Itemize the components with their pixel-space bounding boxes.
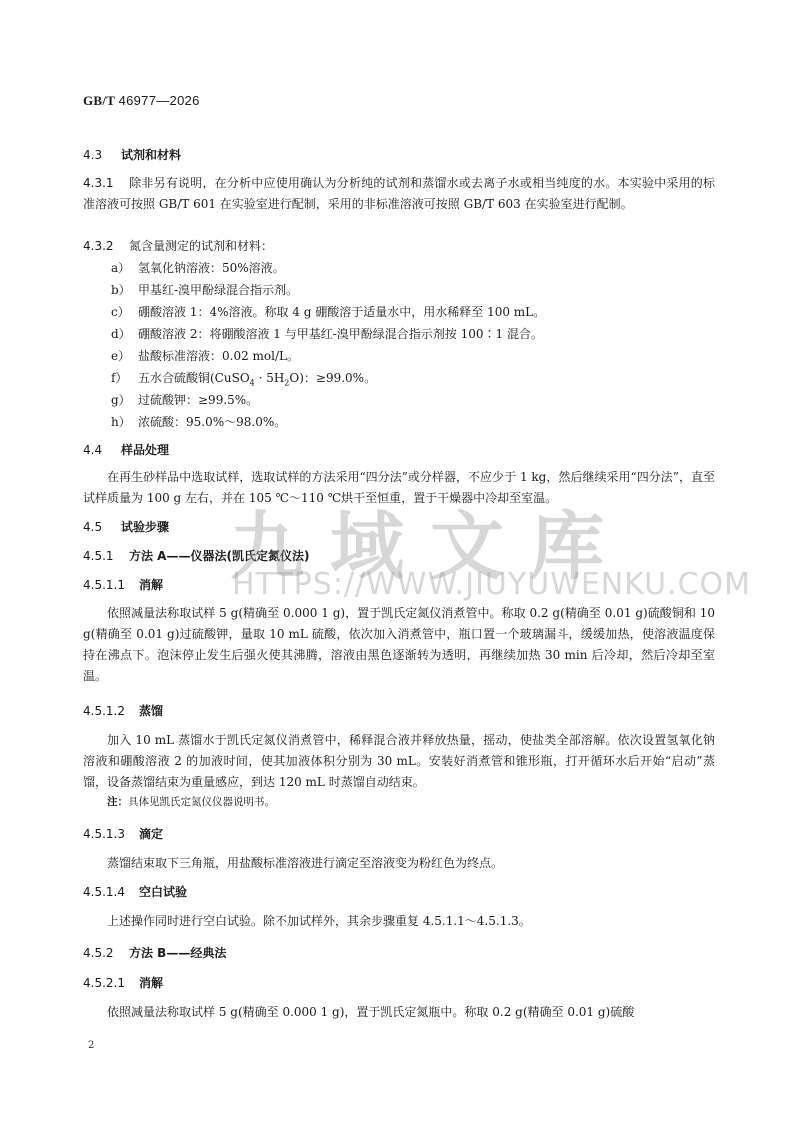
heading-4-5-1-1: 4.5.1.1消解 bbox=[83, 576, 163, 593]
list-item-d: d）硼酸溶液 2：将硼酸溶液 1 与甲基红-溴甲酚绿混合指示剂按 100∶1 混… bbox=[111, 325, 543, 343]
heading-4-3: 4.3试剂和材料 bbox=[83, 146, 181, 163]
list-item-b: b）甲基红-溴甲酚绿混合指示剂。 bbox=[111, 281, 298, 299]
heading-4-5: 4.5试验步骤 bbox=[83, 518, 169, 535]
list-item-g: g）过硫酸钾：≥99.5%。 bbox=[111, 391, 258, 409]
paragraph-4-3-1: 4.3.1除非另有说明，在分析中应使用确认为分析纯的试剂和蒸馏水或去离子水或相当… bbox=[83, 173, 715, 215]
watermark-url: HTTPS://WWW.JIUYUWENKU.COM bbox=[232, 567, 751, 602]
list-item-a: a）氢氧化钠溶液：50%溶液。 bbox=[111, 259, 285, 277]
paragraph-4-5-2-1: 依照减量法称取试样 5 g(精确至 0.000 1 g)，置于凯氏定氮瓶中。称取… bbox=[83, 1002, 715, 1023]
paragraph-4-5-1-2: 加入 10 mL 蒸馏水于凯氏定氮仪消煮管中，稀释混合液并释放热量，摇动，使盐类… bbox=[83, 730, 715, 793]
standard-number: GB/T 46977—2026 bbox=[83, 93, 200, 109]
paragraph-4-5-1-4: 上述操作同时进行空白试验。除不加试样外，其余步骤重复 4.5.1.1～4.5.1… bbox=[83, 911, 715, 932]
heading-4-5-2: 4.5.2方法 B——经典法 bbox=[83, 944, 226, 961]
page-number: 2 bbox=[88, 1040, 94, 1051]
heading-4-5-2-1: 4.5.2.1消解 bbox=[83, 974, 163, 991]
note: 注：具体见凯氏定氮仪仪器说明书。 bbox=[107, 794, 275, 809]
document-page: GB/T 46977—2026 4.3试剂和材料 4.3.1除非另有说明，在分析… bbox=[0, 0, 793, 1122]
heading-4-5-1-4: 4.5.1.4空白试验 bbox=[83, 883, 187, 900]
list-item-c: c）硼酸溶液 1：4%溶液。称取 4 g 硼酸溶于适量水中，用水稀释至 100 … bbox=[111, 303, 545, 321]
list-item-f: f）五水合硫酸铜(CuSO4 · 5H2O)：≥99.0%。 bbox=[111, 369, 376, 392]
paragraph-4-5-1-1: 依照减量法称取试样 5 g(精确至 0.000 1 g)，置于凯氏定氮仪消煮管中… bbox=[83, 603, 715, 687]
paragraph-4-5-1-3: 蒸馏结束取下三角瓶，用盐酸标准溶液进行滴定至溶液变为粉红色为终点。 bbox=[83, 853, 715, 874]
heading-4-5-1-2: 4.5.1.2蒸馏 bbox=[83, 702, 163, 719]
heading-4-5-1-3: 4.5.1.3滴定 bbox=[83, 825, 163, 842]
list-item-h: h）浓硫酸：95.0%～98.0%。 bbox=[111, 413, 286, 431]
list-item-e: e）盐酸标准溶液：0.02 mol/L。 bbox=[111, 347, 299, 365]
heading-4-3-2: 4.3.2氮含量测定的试剂和材料： bbox=[83, 236, 715, 257]
heading-4-4: 4.4样品处理 bbox=[83, 441, 169, 458]
